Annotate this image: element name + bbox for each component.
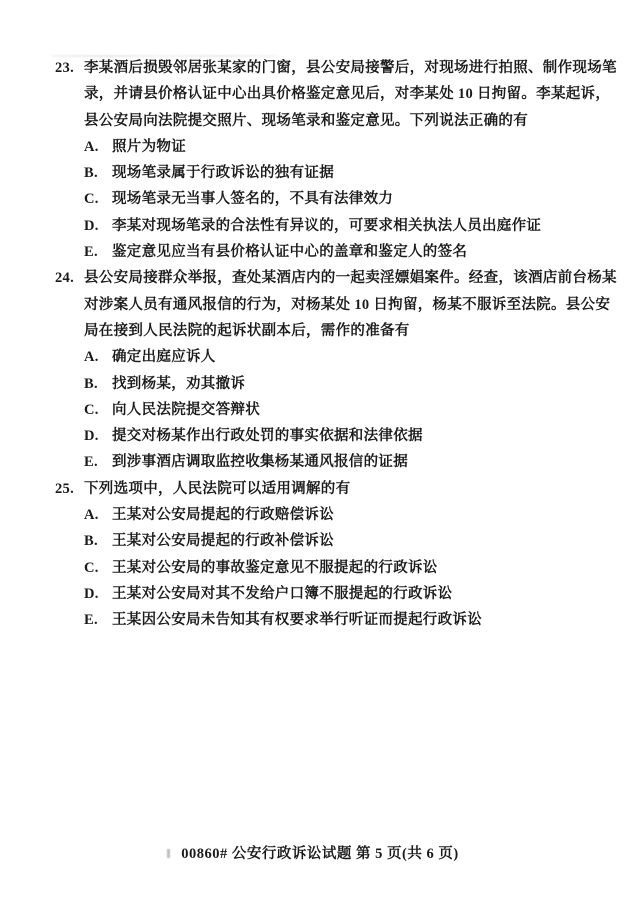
question-24: 24. 县公安局接群众举报，查处某酒店内的一起卖淫嫖娼案件。经查，该酒店前台杨某… — [55, 265, 595, 475]
option-row-d: D. 王某对公安局对其不发给户口簿不服提起的行政诉讼 — [55, 581, 595, 607]
option-text: 鉴定意见应当有县价格认证中心的盖章和鉴定人的签名 — [112, 239, 467, 265]
question-stem-line: 县公安局接群众举报，查处某酒店内的一起卖淫嫖娼案件。经查，该酒店前台杨某 — [84, 265, 617, 291]
option-text: 王某对公安局提起的行政赔偿诉讼 — [112, 502, 334, 528]
option-text: 王某对公安局对其不发给户口簿不服提起的行政诉讼 — [112, 581, 452, 607]
question-stem-line: 下列选项中，人民法院可以适用调解的有 — [84, 476, 350, 502]
option-row-a: A. 照片为物证 — [55, 134, 595, 160]
option-text: 王某对公安局的事故鉴定意见不服提起的行政诉讼 — [112, 555, 438, 581]
question-number: 24. — [55, 265, 84, 291]
option-label: D. — [84, 213, 112, 239]
question-number: 23. — [55, 55, 84, 81]
question-stem-line: 县公安局向法院提交照片、现场笔录和鉴定意见。下列说法正确的有 — [84, 108, 528, 134]
option-label: B. — [84, 528, 112, 554]
option-label: C. — [84, 397, 112, 423]
option-label: A. — [84, 134, 112, 160]
question-stem-row: 县公安局向法院提交照片、现场笔录和鉴定意见。下列说法正确的有 — [55, 108, 595, 134]
option-label: D. — [84, 581, 112, 607]
option-text: 到涉事酒店调取监控收集杨某通风报信的证据 — [112, 449, 408, 475]
question-stem-row: 25. 下列选项中，人民法院可以适用调解的有 — [55, 476, 595, 502]
option-row-c: C. 现场笔录无当事人签名的，不具有法律效力 — [55, 186, 595, 212]
question-stem-row: 23. 李某酒后损毁邻居张某家的门窗，县公安局接警后，对现场进行拍照、制作现场笔 — [55, 55, 595, 81]
question-stem-line: 局在接到人民法院的起诉状副本后，需作的准备有 — [84, 318, 410, 344]
option-row-e: E. 王某因公安局未告知其有权要求举行听证而提起行政诉讼 — [55, 607, 595, 633]
option-row-d: D. 提交对杨某作出行政处罚的事实依据和法律依据 — [55, 423, 595, 449]
option-row-e: E. 鉴定意见应当有县价格认证中心的盖章和鉴定人的签名 — [55, 239, 595, 265]
question-list: 23. 李某酒后损毁邻居张某家的门窗，县公安局接警后，对现场进行拍照、制作现场笔… — [55, 55, 595, 634]
option-row-c: C. 王某对公安局的事故鉴定意见不服提起的行政诉讼 — [55, 555, 595, 581]
option-row-d: D. 李某对现场笔录的合法性有异议的，可要求相关执法人员出庭作证 — [55, 213, 595, 239]
option-text: 李某对现场笔录的合法性有异议的，可要求相关执法人员出庭作证 — [112, 213, 541, 239]
question-23: 23. 李某酒后损毁邻居张某家的门窗，县公安局接警后，对现场进行拍照、制作现场笔… — [55, 55, 595, 265]
question-stem-row: 录，并请县价格认证中心出具价格鉴定意见后，对李某处 10 日拘留。李某起诉， — [55, 81, 595, 107]
option-label: A. — [84, 344, 112, 370]
option-text: 确定出庭应诉人 — [112, 344, 216, 370]
option-label: B. — [84, 160, 112, 186]
option-label: B. — [84, 371, 112, 397]
option-label: E. — [84, 449, 112, 475]
question-number: 25. — [55, 476, 84, 502]
option-label: C. — [84, 186, 112, 212]
option-row-b: B. 王某对公安局提起的行政补偿诉讼 — [55, 528, 595, 554]
option-row-c: C. 向人民法院提交答辩状 — [55, 397, 595, 423]
option-row-a: A. 王某对公安局提起的行政赔偿诉讼 — [55, 502, 595, 528]
option-row-e: E. 到涉事酒店调取监控收集杨某通风报信的证据 — [55, 449, 595, 475]
exam-page: 23. 李某酒后损毁邻居张某家的门窗，县公安局接警后，对现场进行拍照、制作现场笔… — [0, 0, 640, 918]
option-label: D. — [84, 423, 112, 449]
option-text: 现场笔录属于行政诉讼的独有证据 — [112, 160, 334, 186]
option-text: 向人民法院提交答辩状 — [112, 397, 260, 423]
option-label: C. — [84, 555, 112, 581]
option-text: 照片为物证 — [112, 134, 186, 160]
option-row-b: B. 找到杨某，劝其撤诉 — [55, 371, 595, 397]
option-label: E. — [84, 607, 112, 633]
question-stem-row: 局在接到人民法院的起诉状副本后，需作的准备有 — [55, 318, 595, 344]
option-label: E. — [84, 239, 112, 265]
footer-text: 00860# 公安行政诉讼试题 第 5 页(共 6 页) — [181, 846, 458, 862]
question-stem-row: 24. 县公安局接群众举报，查处某酒店内的一起卖淫嫖娼案件。经查，该酒店前台杨某 — [55, 265, 595, 291]
option-text: 王某对公安局提起的行政补偿诉讼 — [112, 528, 334, 554]
question-stem-line: 李某酒后损毁邻居张某家的门窗，县公安局接警后，对现场进行拍照、制作现场笔 — [84, 55, 617, 81]
question-stem-row: 对涉案人员有通风报信的行为，对杨某处 10 日拘留，杨某不服诉至法院。县公安 — [55, 292, 595, 318]
option-text: 王某因公安局未告知其有权要求举行听证而提起行政诉讼 — [112, 607, 482, 633]
option-label: A. — [84, 502, 112, 528]
option-text: 提交对杨某作出行政处罚的事实依据和法律依据 — [112, 423, 423, 449]
option-row-b: B. 现场笔录属于行政诉讼的独有证据 — [55, 160, 595, 186]
question-stem-line: 录，并请县价格认证中心出具价格鉴定意见后，对李某处 10 日拘留。李某起诉， — [84, 81, 610, 107]
option-row-a: A. 确定出庭应诉人 — [55, 344, 595, 370]
question-stem-line: 对涉案人员有通风报信的行为，对杨某处 10 日拘留，杨某不服诉至法院。县公安 — [84, 292, 610, 318]
page-footer: 00860# 公安行政诉讼试题 第 5 页(共 6 页) — [0, 844, 640, 864]
question-25: 25. 下列选项中，人民法院可以适用调解的有 A. 王某对公安局提起的行政赔偿诉… — [55, 476, 595, 634]
option-text: 找到杨某，劝其撤诉 — [112, 371, 245, 397]
option-text: 现场笔录无当事人签名的，不具有法律效力 — [112, 186, 393, 212]
